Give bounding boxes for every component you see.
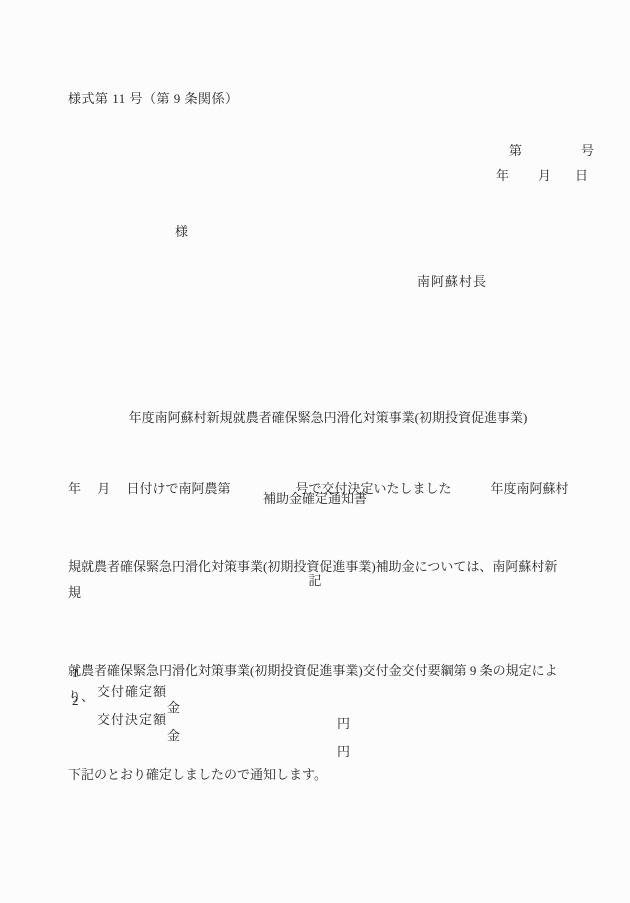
date-year-label: 年: [496, 165, 509, 184]
sender-name: 南阿蘇村長: [417, 271, 487, 290]
body-paragraph: 年 月 日付けで南阿農第 号で交付決定いたしました 年度南阿蘇村 規就農者確保緊…: [68, 424, 570, 840]
item-row-1: 1 交付確定額 金 円: [0, 649, 630, 669]
item-2-number: 2: [72, 693, 79, 709]
item-2-amount-suffix: 円: [337, 741, 350, 760]
document-page: 様式第 11 号（第 9 条関係） 第 号 年 月 日 様 南阿蘇村長 年度南阿…: [0, 0, 630, 903]
item-1-amount-suffix: 円: [337, 713, 350, 732]
addressee-honorific: 様: [175, 221, 188, 240]
doc-number-suffix: 号: [581, 140, 594, 159]
date-day-label: 日: [575, 165, 588, 184]
body-line-4: 下記のとおり確定しましたので通知します。: [68, 762, 570, 788]
item-2-label: 交付決定額: [97, 709, 167, 728]
item-row-2: 2 交付決定額 金 円: [0, 677, 630, 697]
date-month-label: 月: [538, 165, 551, 184]
item-2-amount-prefix: 金: [167, 725, 180, 744]
record-separator: 記: [0, 570, 630, 589]
doc-number-prefix: 第: [509, 140, 522, 159]
body-line-1: 年 月 日付けで南阿農第 号で交付決定いたしました 年度南阿蘇村: [68, 476, 570, 502]
form-number: 様式第 11 号（第 9 条関係）: [68, 88, 239, 107]
item-1-amount-prefix: 金: [167, 697, 180, 716]
